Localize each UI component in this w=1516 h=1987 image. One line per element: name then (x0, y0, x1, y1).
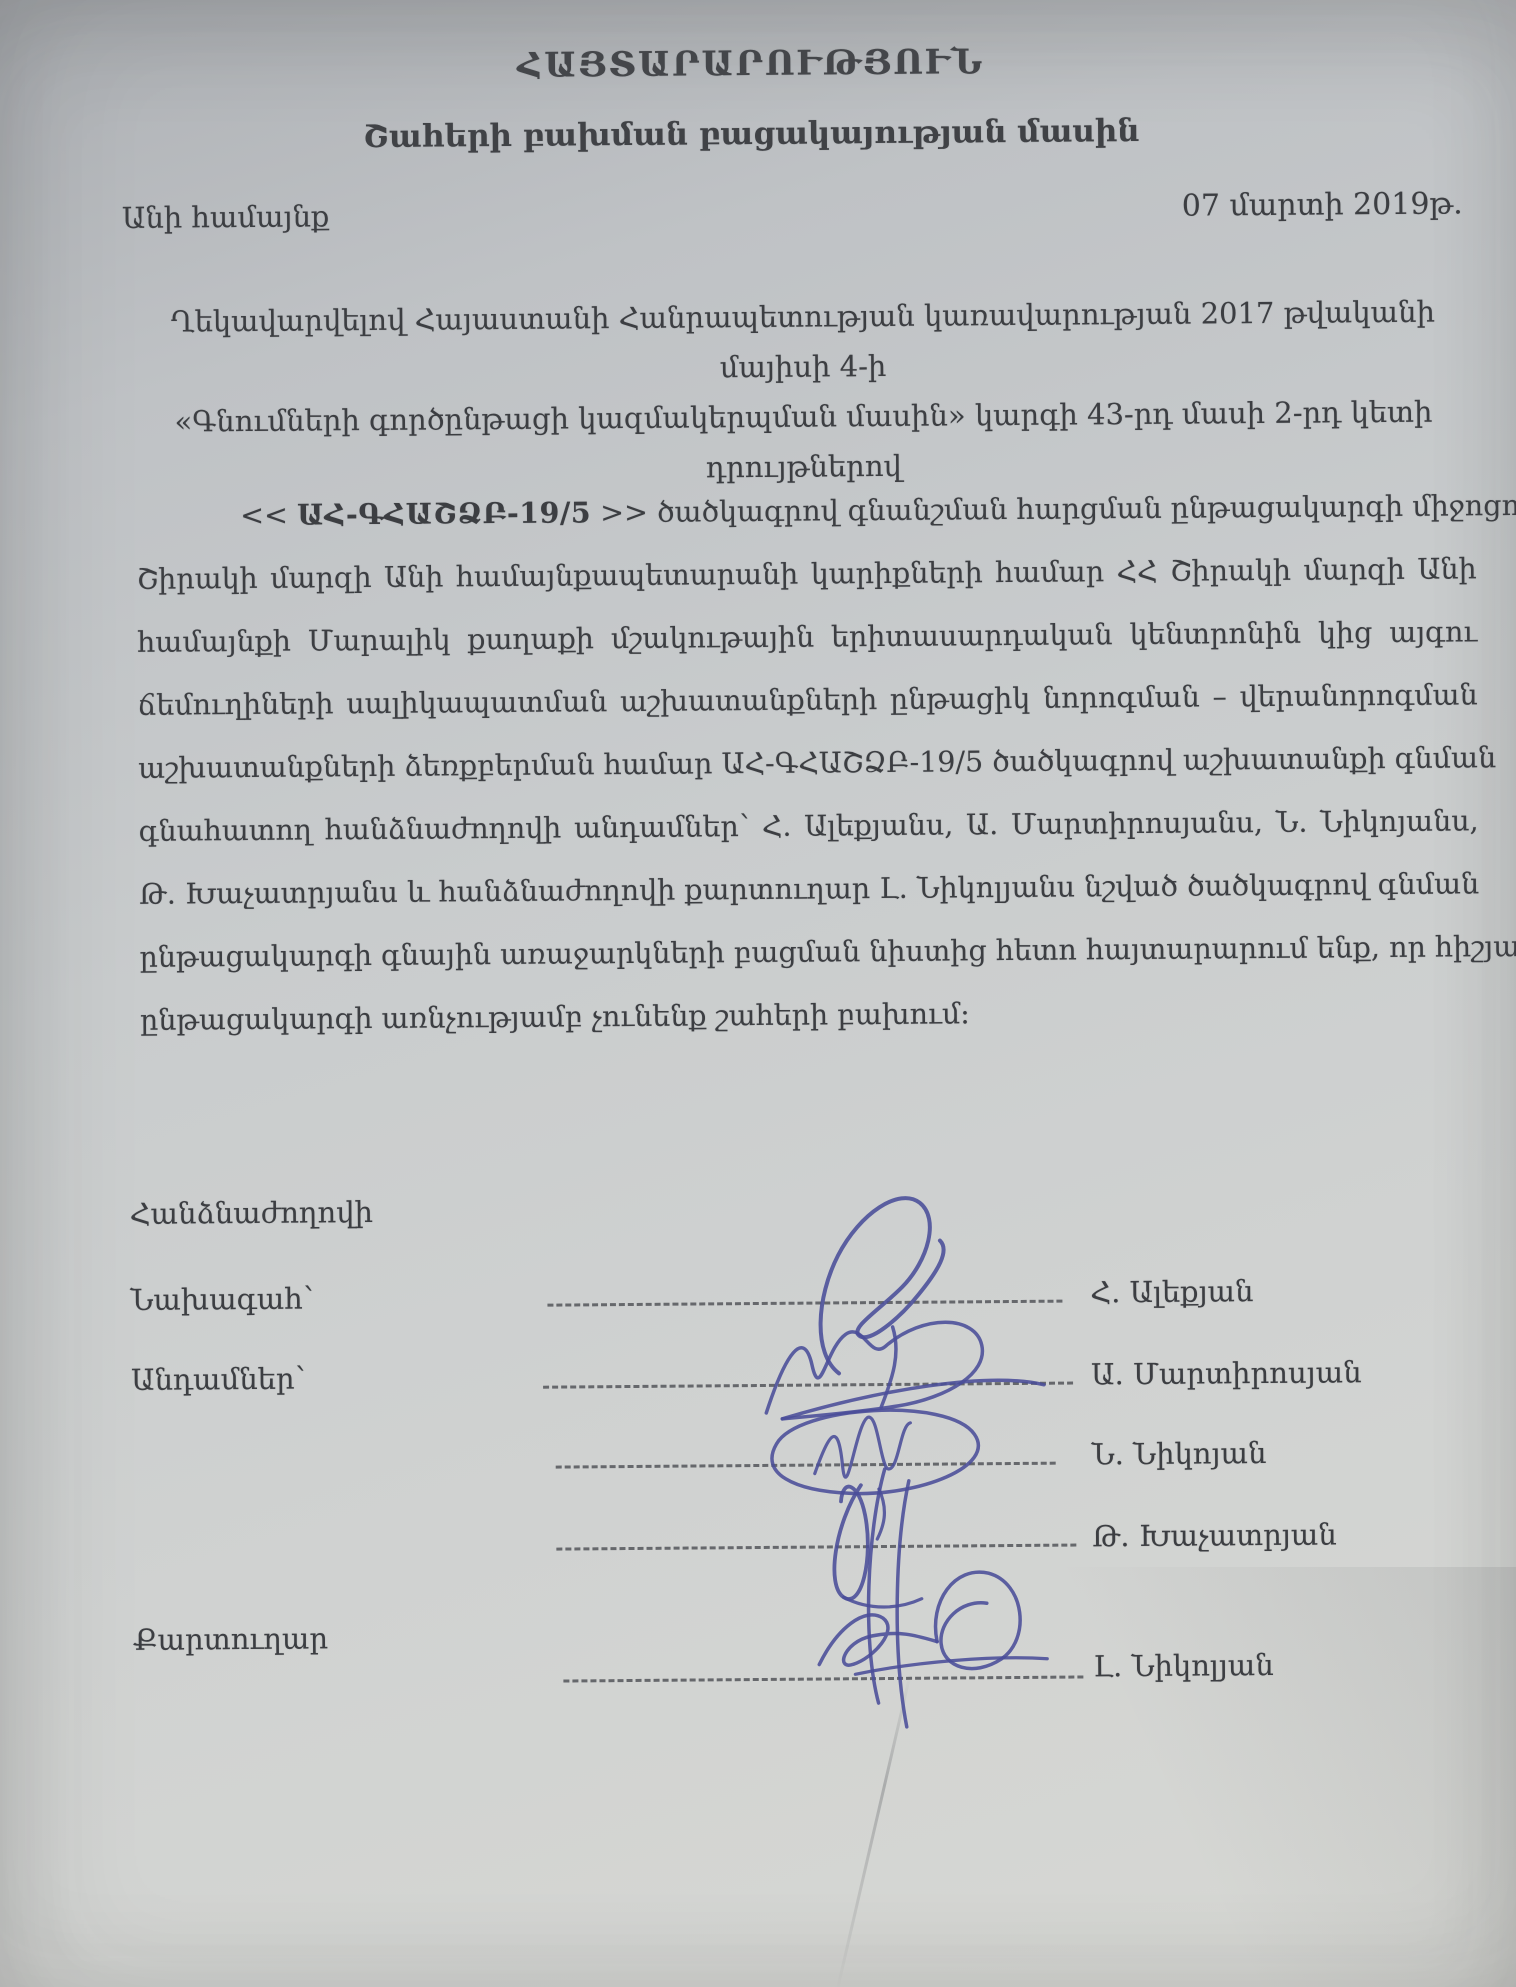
signer-name-alekyan: Հ. Ալեքյան (1090, 1274, 1253, 1309)
signature-line (547, 1300, 1062, 1307)
body-line: աշխատանքների ձեռքբերման համար ԱՀ-ԳՀԱՇՁԲ-… (138, 726, 1478, 800)
committee-label: Հանձնաժողովի (130, 1195, 374, 1231)
signer-name-nikolyan: Լ. Նիկոլյան (1093, 1648, 1274, 1683)
signature-line (543, 1382, 1073, 1389)
preamble-line: Ղեկավարվելով Հայաստանի Հանրապետության կա… (145, 286, 1462, 396)
signature-nikolyan (794, 1543, 1075, 1715)
declaration-document: ՀԱՅՏԱՐԱՐՈՒԹՅՈՒՆ Շահերի բախման բացակայութ… (0, 0, 1516, 1987)
signature-line (556, 1544, 1076, 1551)
preamble-line: «Գնումների գործընթացի կազմակերպման մասին… (145, 386, 1461, 446)
signature-alekyan (741, 1176, 1043, 1413)
signature-khachatryan (769, 1450, 971, 1747)
signature-line (563, 1675, 1083, 1682)
body-line: Շիրակի մարզի Անի համայնքապետարանի կարիքն… (136, 537, 1476, 611)
role-chairman: Նախագահ՝ (130, 1282, 313, 1317)
document-date: 07 մարտի 2019թ. (1182, 186, 1463, 223)
signer-name-khachatryan: Թ. Խաչատրյան (1092, 1517, 1337, 1553)
signature-line (556, 1462, 1056, 1469)
body-line: << ԱՀ-ԳՀԱՇՁԲ-19/5 >> ծածկագրով գնանշման … (136, 474, 1476, 548)
community-name: Անի համայնք (122, 199, 330, 235)
body-line-rest: >> ծածկագրով գնանշման հարցման ընթացակարգ… (600, 488, 1516, 529)
body-line: Թ. Խաչատրյանս և հանձնաժողովի քարտուղար Լ… (139, 852, 1479, 926)
signature-nikoyan (738, 1376, 1009, 1543)
body-line: գնահատող հանձնաժողովի անդամներ՝ Հ. Ալեքյ… (138, 789, 1478, 863)
role-members: Անդամներ՝ (131, 1362, 305, 1397)
signer-name-nikoyan: Ն. Նիկոյան (1091, 1436, 1266, 1471)
body-line: համայնքի Մարալիկ քաղաքի մշակութային երիտ… (137, 600, 1477, 674)
document-title: ՀԱՅՏԱՐԱՐՈՒԹՅՈՒՆ (0, 38, 1509, 90)
body-paragraph: << ԱՀ-ԳՀԱՇՁԲ-19/5 >> ծածկագրով գնանշման … (136, 474, 1480, 1052)
quote-open: << (240, 499, 288, 532)
body-line: ընթացակարգի գնային առաջարկների բացման նի… (139, 915, 1479, 989)
signature-martirosyan (737, 1293, 1058, 1456)
role-secretary: Քարտուղար (133, 1621, 328, 1657)
document-subtitle: Շահերի բախման բացակայության մասին (0, 110, 1509, 158)
body-line: ընթացակարգի առնչությամբ չունենք շահերի բ… (140, 978, 1480, 1052)
signer-name-martirosyan: Ա. Մարտիրոսյան (1091, 1355, 1362, 1391)
preamble-paragraph: Ղեկավարվելով Հայաստանի Հանրապետության կա… (145, 286, 1463, 496)
procurement-code: ԱՀ-ԳՀԱՇՁԲ-19/5 (297, 495, 591, 531)
body-line: ճեմուղիների սալիկապատման աշխատանքների ըն… (137, 663, 1477, 737)
